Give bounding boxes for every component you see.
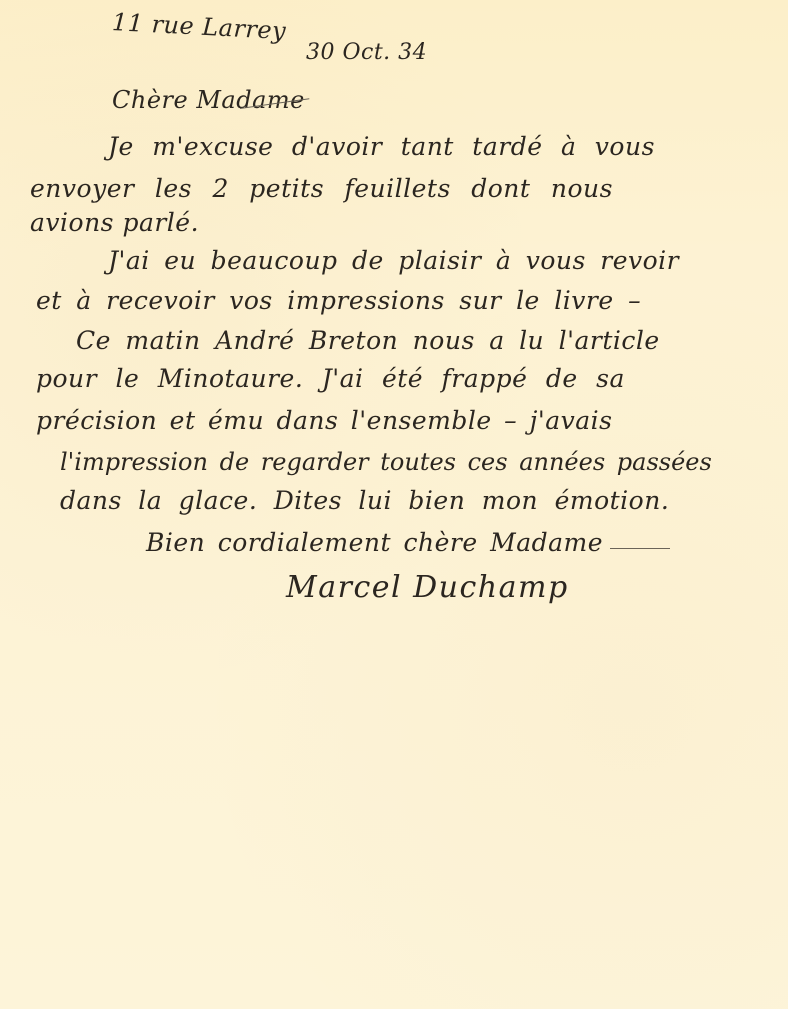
closing-flourish [610,548,670,549]
letter-page: 11 rue Larrey 30 Oct. 34 Chère Madame Je… [0,0,788,1009]
letter-line: pour le Minotaure. J'ai été frappé de sa [36,364,625,393]
letter-date: 30 Oct. 34 [306,40,427,65]
letter-line: J'ai eu beaucoup de plaisir à vous revoi… [108,246,679,275]
sender-address: 11 rue Larrey [111,8,287,45]
letter-line: précision et ému dans l'ensemble – j'ava… [36,406,612,435]
closing: Bien cordialement chère Madame [146,528,603,557]
salutation: Chère Madame [112,86,305,114]
letter-line: dans la glace. Dites lui bien mon émotio… [60,486,669,515]
letter-line: et à recevoir vos impressions sur le liv… [36,286,641,315]
signature: Marcel Duchamp [286,570,569,605]
letter-line: Je m'excuse d'avoir tant tardé à vous [108,132,655,161]
letter-line: l'impression de regarder toutes ces anné… [60,448,712,476]
letter-line: Ce matin André Breton nous a lu l'articl… [76,326,660,355]
letter-line: envoyer les 2 petits feuillets dont nous [30,174,613,203]
letter-line: avions parlé. [30,208,199,237]
